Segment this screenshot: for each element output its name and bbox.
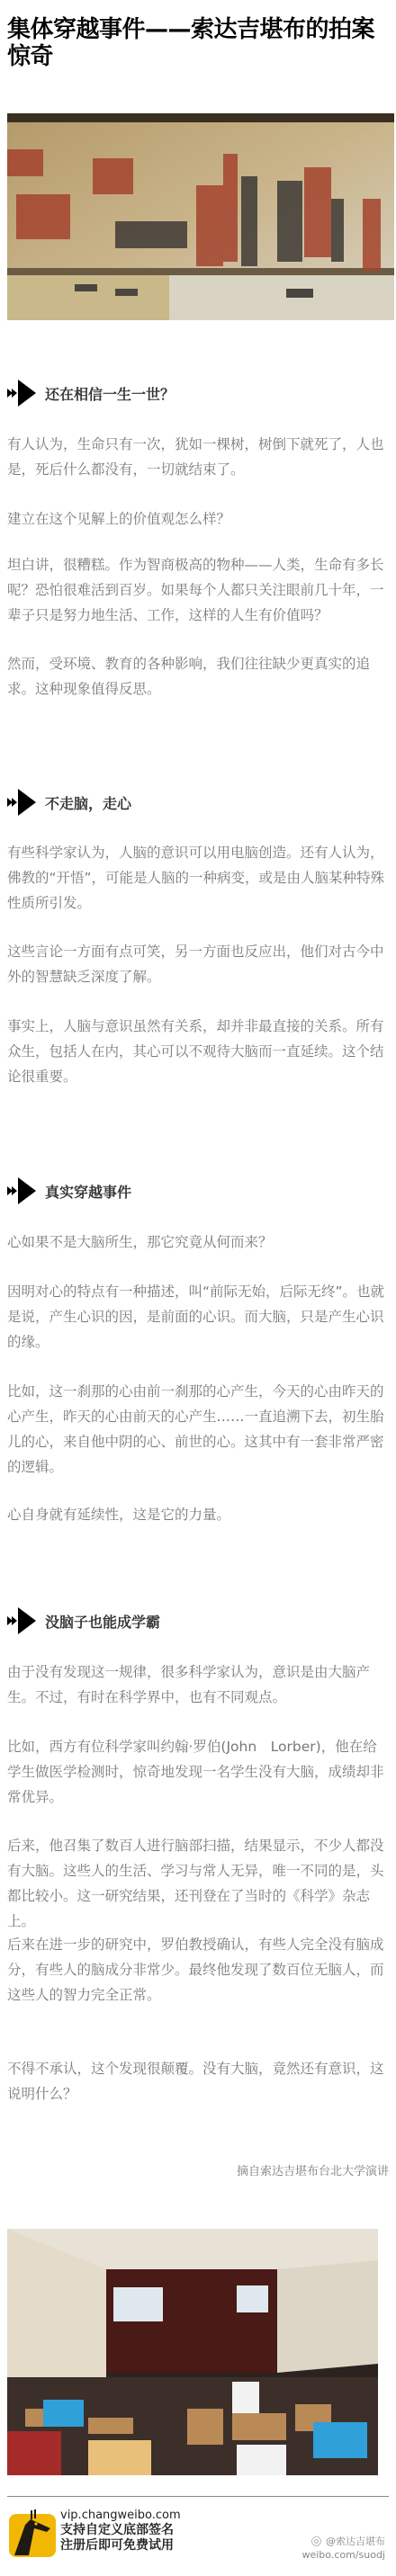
weibo-icon: ◎ <box>310 2534 326 2548</box>
footer-line-1: 支持自定义底部签名 <box>60 2523 181 2538</box>
paragraph: 有些科学家认为，人脑的意识可以用电脑创造。还有人认为，佛教的“开悟”，可能是人脑… <box>7 840 385 916</box>
article-title: 集体穿越事件——索达吉堪布的拍案惊奇 <box>7 16 389 70</box>
paragraph: 因明对心的特点有一种描述，叫“前际无始，后际无终”。也就是说，产生心识的因，是前… <box>7 1279 385 1355</box>
paragraph: 比如，这一刹那的心由前一刹那的心产生，今天的心由昨天的心产生，昨天的心由前天的心… <box>7 1379 385 1480</box>
source-credit: 摘自索达吉堪布台北大学演讲 <box>237 2161 389 2178</box>
paragraph: 然而，受环境、教育的各种影响，我们往往缺少更真实的追求。这种现象值得反思。 <box>7 651 385 702</box>
section-heading-text: 真实穿越事件 <box>45 1181 131 1202</box>
paragraph: 建立在这个见解上的价值观怎么样？ <box>7 506 385 532</box>
footer-link[interactable]: vip.changweibo.com <box>60 2508 181 2523</box>
watermark-url: weibo.com/suodj <box>301 2548 385 2562</box>
paragraph: 由于没有发现这一规律，很多科学家认为，意识是由大脑产生。不过，有时在科学界中，也… <box>7 1659 385 1710</box>
section-heading-4: 没脑子也能成学霸 <box>7 1607 160 1634</box>
paragraph: 心自身就有延续性，这是它的力量。 <box>7 1502 385 1527</box>
paragraph: 后来，他召集了数百人进行脑部扫描，结果显示，不少人都没有大脑。这些人的生活、学习… <box>7 1833 385 1934</box>
section-heading-text: 没脑子也能成学霸 <box>45 1611 160 1632</box>
weibo-watermark: ◎ @索达吉堪布 weibo.com/suodj <box>301 2535 385 2562</box>
double-arrow-icon <box>7 1607 38 1634</box>
section-heading-3: 真实穿越事件 <box>7 1177 131 1204</box>
double-arrow-icon <box>7 1177 38 1204</box>
paragraph: 这些言论一方面有点可笑，另一方面也反应出，他们对古今中外的智慧缺乏深度了解。 <box>7 939 385 989</box>
double-arrow-icon <box>7 789 38 816</box>
paragraph: 后来在进一步的研究中，罗伯教授确认，有些人完全没有脑成分，有些人的脑成分非常少。… <box>7 1932 385 2008</box>
section-heading-text: 还在相信一生一世？ <box>45 383 175 404</box>
section-heading-2: 不走脑，走心 <box>7 789 131 816</box>
paragraph: 不得不承认，这个发现很颠覆。没有大脑，竟然还有意识，这说明什么？ <box>7 2056 385 2106</box>
section-heading-text: 不走脑，走心 <box>45 792 131 813</box>
footer-line-2: 注册后即可免费试用 <box>60 2538 181 2554</box>
paragraph: 心如果不是大脑所生，那它究竟从何而来？ <box>7 1230 385 1255</box>
section-heading-1: 还在相信一生一世？ <box>7 380 175 407</box>
giraffe-logo-icon <box>9 2507 56 2557</box>
lecture-hall-photo <box>7 2229 378 2475</box>
paragraph: 坦白讲，很糟糕。作为智商极高的物种——人类，生命有多长呢？恐怕很难活到百岁。如果… <box>7 552 385 628</box>
footer-promo: vip.changweibo.com 支持自定义底部签名 注册后即可免费试用 <box>60 2508 181 2554</box>
paragraph: 事实上，人脑与意识虽然有关系，却并非最直接的关系。所有众生，包括人在内，其心可以… <box>7 1014 385 1089</box>
footer-divider <box>7 2496 389 2497</box>
double-arrow-icon <box>7 380 38 407</box>
hero-cave-painting-image <box>7 113 394 320</box>
paragraph: 有人认为，生命只有一次，犹如一棵树，树倒下就死了，人也是，死后什么都没有，一切就… <box>7 432 385 482</box>
paragraph: 比如，西方有位科学家叫约翰·罗伯(John Lorber)，他在给学生做医学检测… <box>7 1734 385 1810</box>
watermark-handle: @索达吉堪布 <box>326 2536 385 2547</box>
